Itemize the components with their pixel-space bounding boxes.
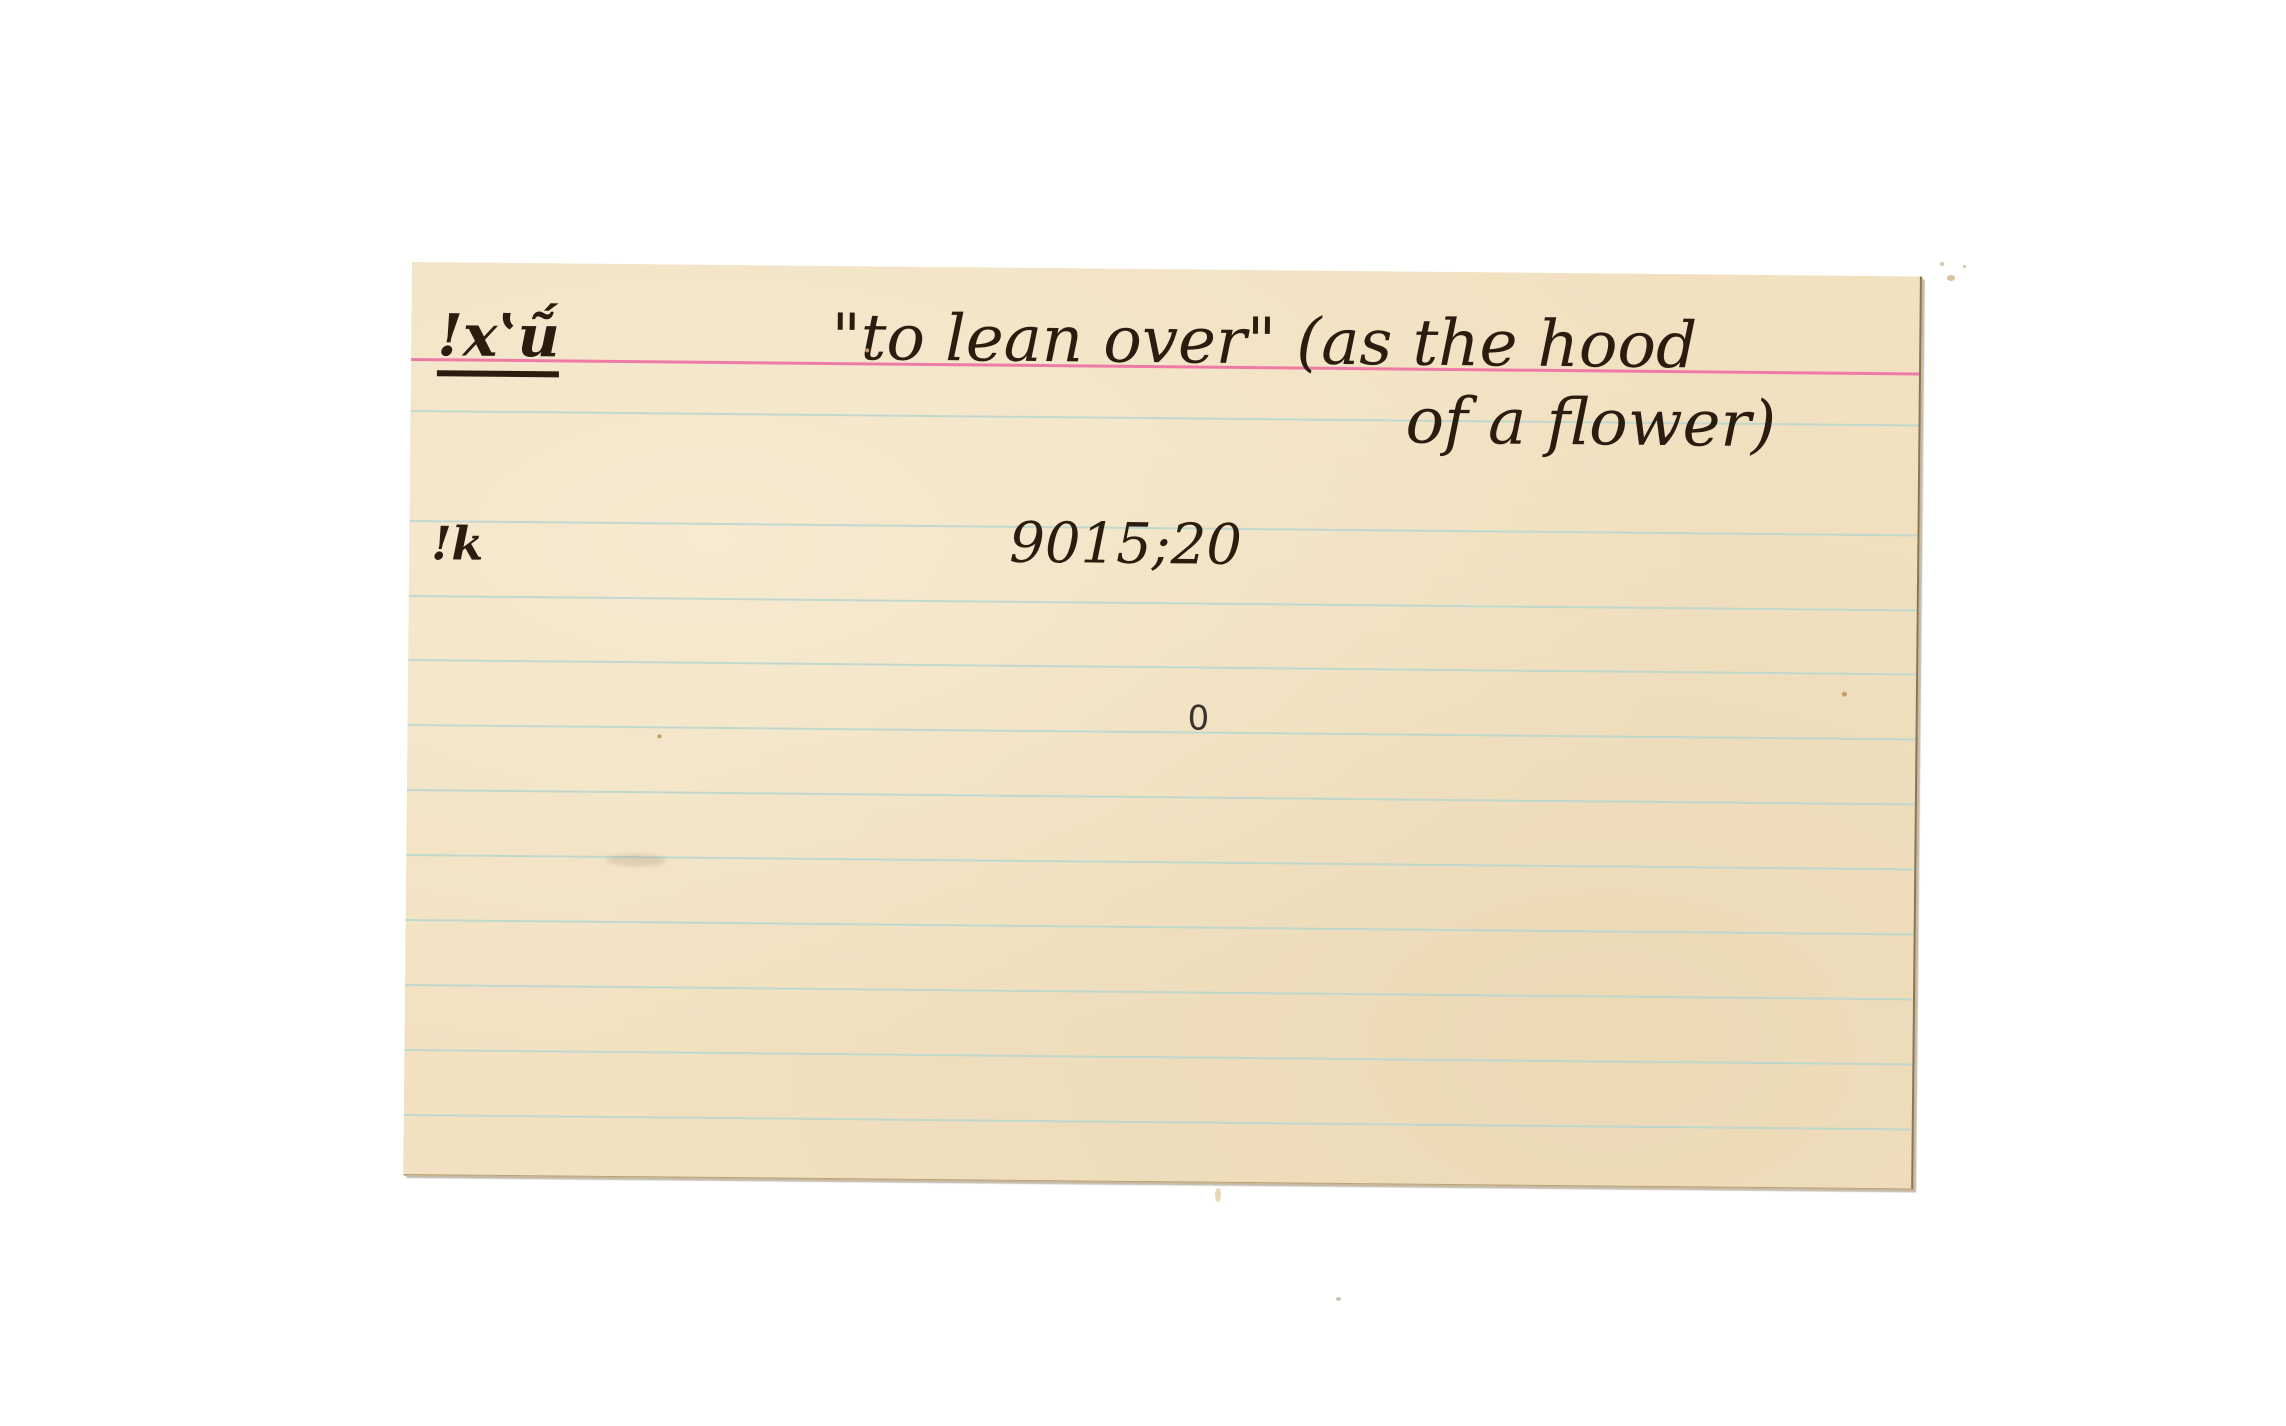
blue-rule xyxy=(407,789,1915,805)
pencil-mark: 0 xyxy=(1187,701,1209,735)
speck xyxy=(1842,692,1847,697)
blue-rule xyxy=(408,724,1916,740)
blue-rule xyxy=(404,1049,1912,1065)
dust-speck xyxy=(1336,1297,1341,1301)
dust-speck xyxy=(1947,275,1955,281)
blue-rule xyxy=(409,595,1917,611)
dust-speck xyxy=(1940,262,1944,266)
source-reference: 9015;20 xyxy=(1009,516,1242,574)
headword: !xʽṹ xyxy=(437,306,560,377)
index-card: !xʽṹ "to lean over" (as the hood of a fl… xyxy=(403,262,1922,1189)
smudge xyxy=(606,854,666,867)
blue-rule xyxy=(405,984,1913,1000)
dust-speck xyxy=(1963,265,1966,268)
speck xyxy=(657,734,661,738)
gloss-line-1: "to lean over" (as the hood xyxy=(831,306,1697,378)
language-abbreviation: !k xyxy=(431,520,484,566)
gloss-line-2: of a flower) xyxy=(1405,390,1776,458)
blue-rule xyxy=(406,919,1914,935)
blue-rule xyxy=(408,659,1916,675)
blue-rule xyxy=(404,1114,1912,1130)
speck xyxy=(865,348,869,352)
dust-speck xyxy=(1215,1188,1221,1202)
